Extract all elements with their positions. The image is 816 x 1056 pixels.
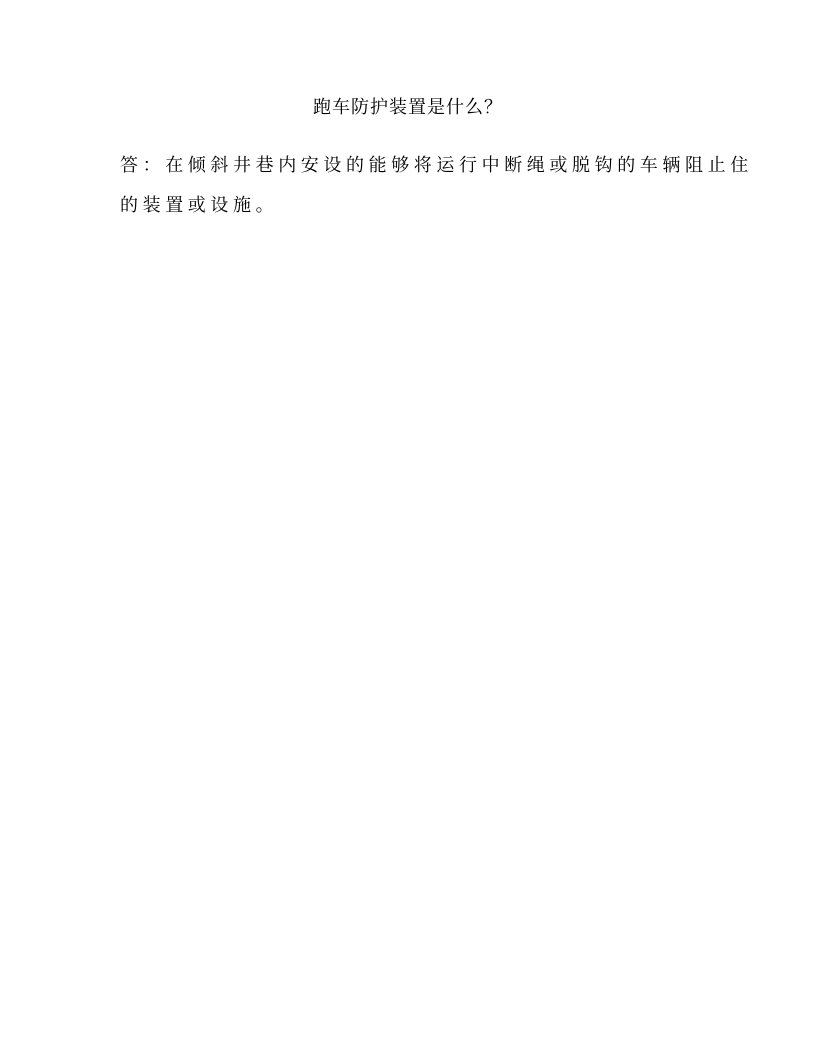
answer-line-2: 的装置或设施。 [120, 186, 686, 226]
page-title: 跑车防护装置是什么？ [0, 96, 816, 120]
answer-paragraph: 答：在倾斜井巷内安设的能够将运行中断绳或脱钩的车辆阻止住 的装置或设施。 [120, 146, 686, 226]
answer-line-1: 答：在倾斜井巷内安设的能够将运行中断绳或脱钩的车辆阻止住 [120, 146, 686, 186]
document-page: 跑车防护装置是什么？ 答：在倾斜井巷内安设的能够将运行中断绳或脱钩的车辆阻止住 … [0, 0, 816, 1056]
